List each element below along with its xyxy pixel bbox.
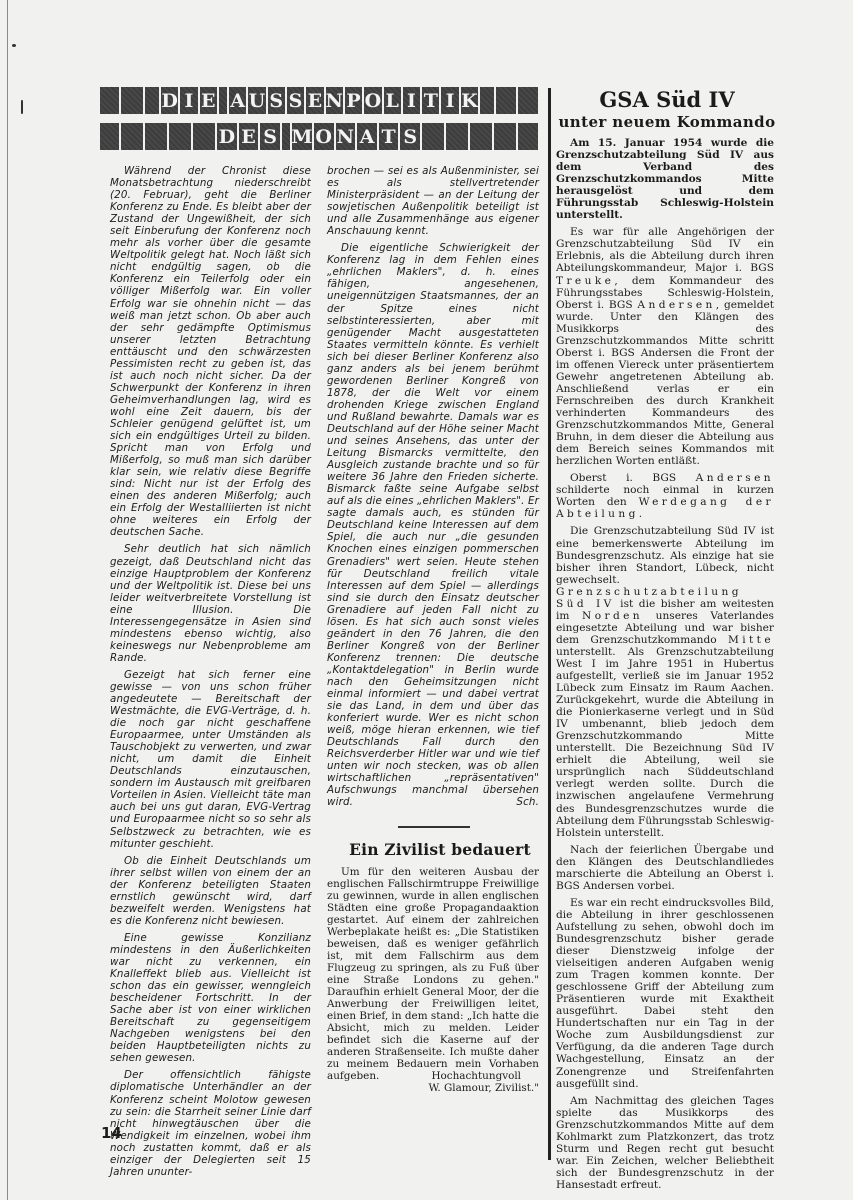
banner-block xyxy=(496,87,516,114)
paragraph: Nach der feierlichen Übergabe und den Kl… xyxy=(556,844,774,892)
banner-letter: N xyxy=(326,87,343,114)
scan-speck xyxy=(12,44,16,47)
banner-block xyxy=(282,123,290,150)
banner-letter: E xyxy=(306,87,323,114)
banner-letter: S xyxy=(400,123,420,150)
paragraph: Der offensichtlich fähigste diplomatisch… xyxy=(110,1069,311,1177)
letter-signature: W. Glamour, Zivilist." xyxy=(327,1082,539,1094)
article-subheadline-gsa: unter neuem Kommando xyxy=(556,112,778,132)
text-run: Oberst i. BGS xyxy=(570,472,696,484)
banner-letter: P xyxy=(345,87,362,114)
article-gsa-body: Am 15. Januar 1954 wurde die Grenzschutz… xyxy=(556,137,774,1196)
title-banner-line2: D E S M O N A T S xyxy=(100,123,540,150)
banner-block xyxy=(422,123,444,150)
banner-block xyxy=(446,123,468,150)
article-divider xyxy=(398,826,470,828)
banner-block xyxy=(121,87,143,114)
text-run: unterstellt. Als Grenzschutzabteilung We… xyxy=(556,646,774,839)
banner-letter: I xyxy=(441,87,458,114)
banner-block xyxy=(100,87,119,114)
banner-letter: D xyxy=(161,87,178,114)
paragraph: brochen — sei es als Außenminister, sei … xyxy=(327,165,539,237)
paragraph: Die Grenzschutzabteilung Süd IV ist eine… xyxy=(556,525,774,838)
banner-letter: N xyxy=(336,123,356,150)
banner-letter: M xyxy=(292,123,312,150)
banner-block xyxy=(193,123,215,150)
paragraph: Die eigentliche Schwierigkeit der Konfer… xyxy=(327,242,539,808)
spaced-text: Norden xyxy=(582,610,643,622)
banner-letter: E xyxy=(200,87,217,114)
paragraph: Sehr deutlich hat sich nämlich gezeigt, … xyxy=(110,543,311,663)
banner-block xyxy=(480,87,494,114)
banner-block xyxy=(169,123,191,150)
banner-letter: D xyxy=(217,123,237,150)
title-banner-line1: D I E A U S S E N P O L I T I K xyxy=(100,87,540,114)
page-edge xyxy=(7,0,8,1200)
lead-paragraph: Am 15. Januar 1954 wurde die Grenzschutz… xyxy=(556,137,774,221)
banner-letter: A xyxy=(229,87,246,114)
banner-letter: T xyxy=(422,87,439,114)
paragraph: Oberst i. BGS Andersen schilderte noch e… xyxy=(556,472,774,520)
article-headline-gsa: GSA Süd IV xyxy=(556,88,778,112)
banner-block xyxy=(145,87,159,114)
text-run: . xyxy=(639,508,642,520)
spaced-name: Andersen xyxy=(696,472,774,484)
paragraph: Ob die Einheit Deutschlands um ihrer sel… xyxy=(110,855,311,927)
text-run: Die Grenzschutzabteilung Süd IV ist eine… xyxy=(556,525,774,585)
banner-letter: I xyxy=(180,87,197,114)
banner-letter: I xyxy=(403,87,420,114)
paragraph: Gezeigt hat sich ferner eine gewisse — v… xyxy=(110,669,311,850)
banner-letter: T xyxy=(379,123,399,150)
banner-block xyxy=(518,123,538,150)
page-number: 14 xyxy=(101,1124,122,1142)
banner-block xyxy=(145,123,167,150)
text-run: , gemeldet wurde. Unter den Klängen des … xyxy=(556,299,774,468)
author-signature: Sch. xyxy=(327,796,539,808)
spaced-name: Treuke xyxy=(556,275,614,287)
scan-speck xyxy=(21,100,23,114)
banner-letter: S xyxy=(268,87,285,114)
banner-letter: A xyxy=(357,123,377,150)
paragraph: Um für den weiteren Ausbau der englische… xyxy=(327,866,539,1082)
banner-block xyxy=(219,87,227,114)
paragraph: Es war ein recht eindrucksvolles Bild, d… xyxy=(556,897,774,1090)
paragraph: Es war für alle Angehörigen der Grenzsch… xyxy=(556,226,774,467)
column-rule xyxy=(548,88,551,1160)
article-headline-zivilist: Ein Zivilist bedauert xyxy=(340,840,540,859)
banner-letter: S xyxy=(260,123,280,150)
banner-block xyxy=(121,123,143,150)
article-aussenpolitik-column-2: brochen — sei es als Außenminister, sei … xyxy=(327,165,539,814)
banner-letter: U xyxy=(248,87,265,114)
banner-block xyxy=(518,87,538,114)
paragraph: Eine gewisse Konzilianz mindestens in de… xyxy=(110,932,311,1065)
banner-letter: O xyxy=(314,123,334,150)
text-run: Es war für alle Angehörigen der Grenzsch… xyxy=(556,226,774,274)
banner-letter: L xyxy=(384,87,401,114)
spaced-text: Mitte xyxy=(728,634,774,646)
paragraph: Am Nachmittag des gleichen Tages spielte… xyxy=(556,1095,774,1191)
banner-block xyxy=(100,123,119,150)
article-zivilist-body: Um für den weiteren Ausbau der englische… xyxy=(327,866,539,1099)
banner-block xyxy=(494,123,516,150)
spaced-name: Andersen xyxy=(637,299,715,311)
banner-letter: O xyxy=(364,87,381,114)
banner-letter: S xyxy=(287,87,304,114)
banner-letter: E xyxy=(239,123,259,150)
article-aussenpolitik-column-1: Während der Chronist diese Monatsbetrach… xyxy=(110,165,311,1183)
paragraph: Während der Chronist diese Monatsbetrach… xyxy=(110,165,311,538)
banner-letter: K xyxy=(461,87,478,114)
banner-block xyxy=(470,123,492,150)
